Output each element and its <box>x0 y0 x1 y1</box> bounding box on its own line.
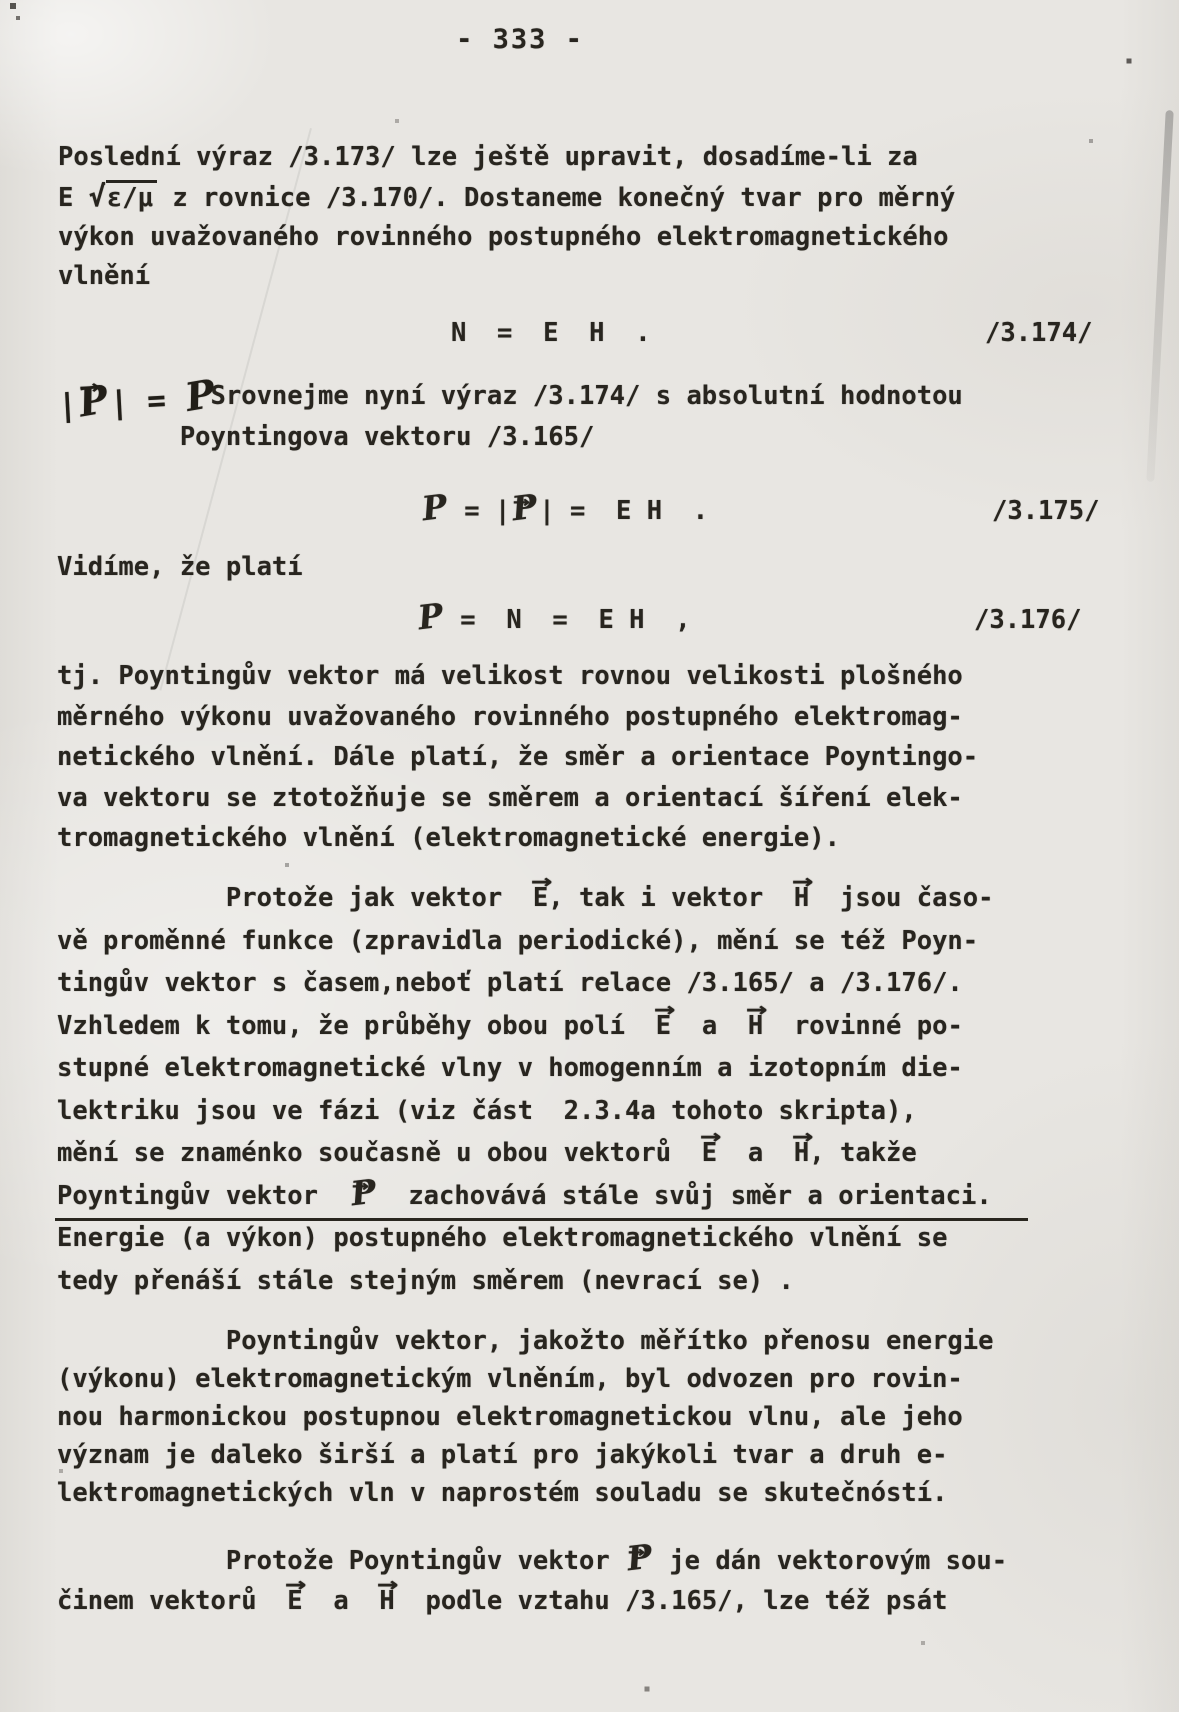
sqrt-radicand: ε/μ <box>106 180 157 213</box>
text-line: tj. Poyntingův vektor má velikost rovnou… <box>57 656 978 697</box>
text-line: Protože Poyntingův vektor →P je dán vekt… <box>57 1541 1007 1581</box>
vector-symbol: →H <box>794 1132 809 1175</box>
text-run: jsou časo- <box>809 883 993 913</box>
text-run: Poyntingův vektor, jakožto měřítko přeno… <box>57 1326 994 1356</box>
poynting-vector-symbol: P <box>416 600 445 640</box>
text-run: mění se znaménko současně u obou vektorů <box>57 1138 702 1168</box>
text-run: podle vztahu /3.165/, lze též psát <box>395 1586 948 1616</box>
text-run: E <box>58 183 89 213</box>
text-run: a <box>717 1138 794 1168</box>
paragraph: Protože Poyntingův vektor →P je dán vekt… <box>57 1541 1007 1621</box>
paragraph: Poslední výraz /3.173/ lze ještě upravit… <box>58 138 955 296</box>
text-run: Srovnejme nyní výraz /3.174/ s absolutní… <box>57 381 963 411</box>
text-run: tingův vektor s časem,neboť platí relace… <box>57 968 963 998</box>
script-p-letter: P <box>510 490 539 526</box>
equation-formula: P = |→P| = E H . <box>420 496 708 526</box>
text-line: Energie (a výkon) postupného elektromagn… <box>57 1217 994 1260</box>
poynting-vector-symbol: →P <box>349 1175 378 1218</box>
text-run: , tak i vektor <box>548 883 794 913</box>
text-line: Poslední výraz /3.173/ lze ještě upravit… <box>58 138 955 177</box>
text-run: netického vlnění. Dále platí, že směr a … <box>57 742 978 772</box>
text-line: vě proměnné funkce (zpravidla periodické… <box>57 920 994 963</box>
text-line: Protože jak vektor →E, tak i vektor →H j… <box>57 877 994 920</box>
text-run: Poslední výraz /3.173/ lze ještě upravit… <box>58 142 918 172</box>
text-run: zachovává stále svůj směr a orientaci. <box>378 1181 992 1211</box>
text-line: výkon uvažovaného rovinného postupného e… <box>58 218 955 257</box>
vector-symbol: →E <box>656 1005 671 1048</box>
text-run: a <box>671 1011 748 1041</box>
vector-symbol: →E <box>533 877 548 920</box>
equation-formula: N = E H . <box>451 318 651 348</box>
text-line: Srovnejme nyní výraz /3.174/ s absolutní… <box>57 376 963 417</box>
paragraph: Protože jak vektor →E, tak i vektor →H j… <box>57 877 994 1302</box>
vector-arrow-icon: → <box>792 1115 814 1158</box>
vector-arrow-icon: → <box>377 1564 399 1604</box>
text-line: (výkonu) elektromagnetickým vlněním, byl… <box>57 1360 994 1398</box>
paragraph: Srovnejme nyní výraz /3.174/ s absolutní… <box>57 376 963 458</box>
text-line: Vidíme, že platí <box>57 547 303 587</box>
text-line: měrného výkonu uvažovaného rovinného pos… <box>57 697 978 738</box>
text-line: tromagnetického vlnění (elektromagnetick… <box>57 818 978 859</box>
text-run: vě proměnné funkce (zpravidla periodické… <box>57 926 978 956</box>
text-run: lektromagnetických vln v naprostém soula… <box>57 1478 947 1508</box>
text-run: = | <box>449 496 510 526</box>
vector-arrow-icon: → <box>285 1564 307 1604</box>
text-run: z rovnice /3.170/. Dostaneme konečný tva… <box>157 183 955 213</box>
text-run: lektriku jsou ve fázi (viz část 2.3.4a t… <box>57 1096 917 1126</box>
vector-arrow-icon: → <box>792 860 814 903</box>
text-line: netického vlnění. Dále platí, že směr a … <box>57 737 978 778</box>
text-run: Energie (a výkon) postupného elektromagn… <box>57 1223 947 1253</box>
equation: P = N = E H ,/3.176/ <box>0 600 1179 640</box>
text-run: tedy přenáší stále stejným směrem (nevra… <box>57 1266 794 1296</box>
vector-symbol: →E <box>702 1132 717 1175</box>
sqrt-expression: √ε/μ <box>89 177 157 218</box>
text-run: význam je daleko širší a platí pro jakýk… <box>57 1440 947 1470</box>
text-line: mění se znaménko současně u obou vektorů… <box>57 1132 994 1175</box>
text-run: Vzhledem k tomu, že průběhy obou polí <box>57 1011 656 1041</box>
text-run: Protože Poyntingův vektor <box>57 1546 625 1576</box>
text-run: měrného výkonu uvažovaného rovinného pos… <box>57 702 963 732</box>
text-run: výkon uvažovaného rovinného postupného e… <box>58 222 948 252</box>
text-line: Poyntingova vektoru /3.165/ <box>57 417 963 458</box>
script-p-letter: P <box>416 599 445 635</box>
vector-arrow-icon: → <box>746 988 768 1031</box>
text-run: tromagnetického vlnění (elektromagnetick… <box>57 823 840 853</box>
vector-symbol: →H <box>748 1005 763 1048</box>
equation-formula: P = N = E H , <box>416 605 691 635</box>
equation: P = |→P| = E H ./3.175/ <box>0 491 1179 531</box>
text-line: tedy přenáší stále stejným směrem (nevra… <box>57 1260 994 1303</box>
text-run: va vektoru se ztotožňuje se směrem a ori… <box>57 783 963 813</box>
vector-symbol: →H <box>794 877 809 920</box>
text-run: , takže <box>809 1138 916 1168</box>
text-run: je dán vektorovým sou- <box>654 1546 1007 1576</box>
equation-number: /3.174/ <box>985 313 1092 353</box>
text-run: = N = E H , <box>445 605 691 635</box>
sqrt-radical-icon: √ <box>89 179 106 213</box>
text-run: tj. Poyntingův vektor má velikost rovnou… <box>57 661 963 691</box>
text-line: E √ε/μ z rovnice /3.170/. Dostaneme kone… <box>58 177 955 218</box>
text-run: (výkonu) elektromagnetickým vlněním, byl… <box>57 1364 963 1394</box>
text-line: význam je daleko širší a platí pro jakýk… <box>57 1436 994 1474</box>
text-line: va vektoru se ztotožňuje se směrem a ori… <box>57 778 978 819</box>
text-run: Poyntingova vektoru /3.165/ <box>57 422 594 452</box>
text-line: lektriku jsou ve fázi (viz část 2.3.4a t… <box>57 1090 994 1133</box>
paragraph: Vidíme, že platí <box>57 547 303 587</box>
script-p-letter: P <box>349 1174 378 1210</box>
text-run: činem vektorů <box>57 1586 287 1616</box>
text-line: Poyntingův vektor →P zachovává stále svů… <box>57 1175 994 1218</box>
vector-symbol: →E <box>287 1581 302 1621</box>
equation-number: /3.176/ <box>974 600 1081 640</box>
text-line: Poyntingův vektor, jakožto měřítko přeno… <box>57 1322 994 1360</box>
vector-symbol: →H <box>379 1581 394 1621</box>
text-run: rovinné po- <box>763 1011 963 1041</box>
text-line: vlnění <box>58 257 955 296</box>
paragraph: tj. Poyntingův vektor má velikost rovnou… <box>57 656 978 859</box>
script-p-letter: P <box>420 490 449 526</box>
text-line: lektromagnetických vln v naprostém soula… <box>57 1474 994 1512</box>
text-run: vlnění <box>58 261 150 291</box>
text-run: | = E H . <box>539 496 708 526</box>
text-line: nou harmonickou postupnou elektromagneti… <box>57 1398 994 1436</box>
text-line: Vzhledem k tomu, že průběhy obou polí →E… <box>57 1005 994 1048</box>
text-line: činem vektorů →E a →H podle vztahu /3.16… <box>57 1581 1007 1621</box>
poynting-vector-symbol: →P <box>510 491 539 531</box>
vector-arrow-icon: → <box>700 1115 722 1158</box>
text-run: N = E H . <box>451 318 651 348</box>
vector-arrow-icon: → <box>654 988 676 1031</box>
poynting-vector-symbol: P <box>420 491 449 531</box>
text-run: Poyntingův vektor <box>57 1181 349 1211</box>
text-line: stupné elektromagnetické vlny v homogenn… <box>57 1047 994 1090</box>
text-line: tingův vektor s časem,neboť platí relace… <box>57 962 994 1005</box>
text-run: nou harmonickou postupnou elektromagneti… <box>57 1402 963 1432</box>
scanned-page: - 333 - |→P| = P Poslední výraz /3.173/ … <box>0 0 1179 1712</box>
equation: N = E H ./3.174/ <box>0 313 1179 353</box>
text-run: Protože jak vektor <box>57 883 533 913</box>
document-body: Poslední výraz /3.173/ lze ještě upravit… <box>0 0 1179 1712</box>
vector-arrow-icon: → <box>531 860 553 903</box>
paragraph: Poyntingův vektor, jakožto měřítko přeno… <box>57 1322 994 1512</box>
script-p-letter: P <box>625 1540 654 1576</box>
text-run: Vidíme, že platí <box>57 552 303 582</box>
text-run: a <box>303 1586 380 1616</box>
equation-number: /3.175/ <box>992 491 1099 531</box>
text-run: stupné elektromagnetické vlny v homogenn… <box>57 1053 963 1083</box>
poynting-vector-symbol: →P <box>625 1541 654 1581</box>
